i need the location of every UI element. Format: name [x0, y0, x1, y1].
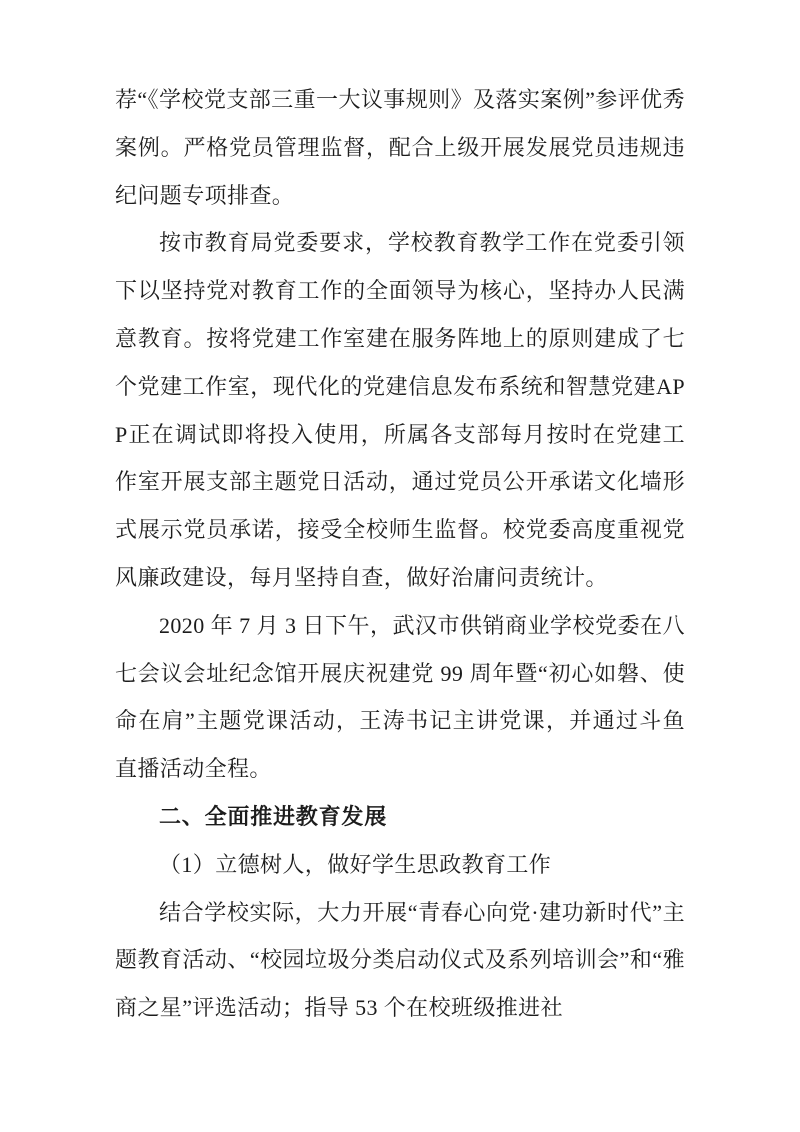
- section-heading-promote-education-development: 二、全面推进教育发展: [115, 793, 685, 841]
- paragraph-continuation-discipline-check: 荐“《学校党支部三重一大议事规则》及落实案例”参评优秀案例。严格党员管理监督，配…: [115, 76, 685, 219]
- paragraph-party-leadership-education: 按市教育局党委要求，学校教育教学工作在党委引领下以坚持党对教育工作的全面领导为核…: [115, 219, 685, 601]
- document-body: 荐“《学校党支部三重一大议事规则》及落实案例”参评优秀案例。严格党员管理监督，配…: [115, 76, 685, 1032]
- paragraph-education-activities: 结合学校实际，大力开展“青春心向党·建功新时代”主题教育活动、“校园垃圾分类启动…: [115, 889, 685, 1032]
- document-page: 荐“《学校党支部三重一大议事规则》及落实案例”参评优秀案例。严格党员管理监督，配…: [0, 0, 800, 1132]
- subsection-heading-moral-education: （1）立德树人，做好学生思政教育工作: [115, 841, 685, 889]
- paragraph-july-party-lecture-event: 2020 年 7 月 3 日下午，武汉市供销商业学校党委在八七会议会址纪念馆开展…: [115, 602, 685, 793]
